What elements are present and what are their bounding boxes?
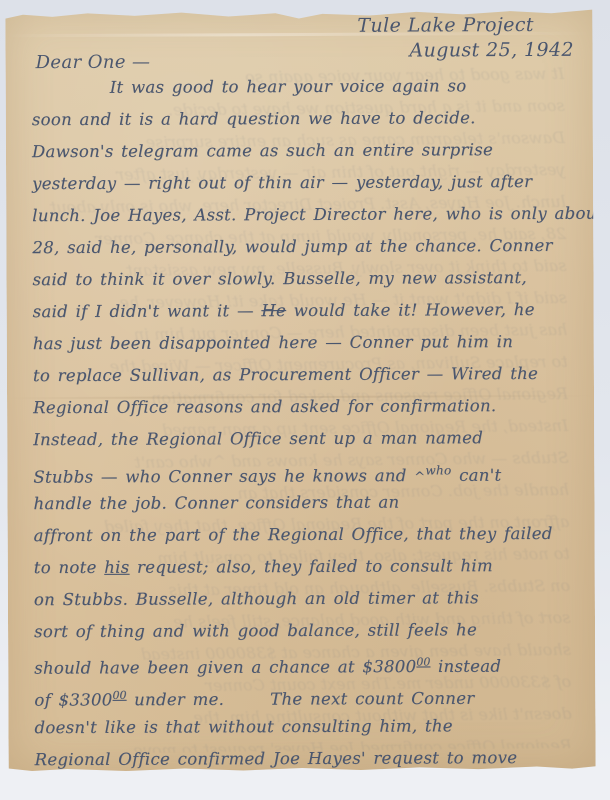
scan-backdrop: It was good to hear your voice again sos… — [0, 0, 610, 800]
letter-line: 28, said he, personally, would jump at t… — [32, 230, 577, 264]
letter-line: doesn't like is that without consulting … — [34, 710, 579, 744]
letter-line: Stubbs — who Conner says he knows and ^w… — [33, 454, 578, 488]
letter-line: Regional Office reasons and asked for co… — [33, 390, 578, 424]
letter-line: Dawson's telegram came as such an entire… — [32, 134, 577, 168]
salutation: Dear One — — [36, 52, 151, 74]
letter-line: affront on the part of the Regional Offi… — [34, 518, 579, 552]
letter-line: handle the job. Conner considers that an — [33, 486, 578, 520]
letter-body: It was good to hear your voice again sos… — [32, 70, 580, 776]
letter-line: yesterday — right out of thin air — yest… — [32, 166, 577, 200]
letter-line: to note his request; also, they failed t… — [34, 550, 579, 584]
letter-line: Instead, the Regional Office sent up a m… — [33, 422, 578, 456]
letter-line: to replace Sullivan, as Procurement Offi… — [33, 358, 578, 392]
letter-line: said to think it over slowly. Busselle, … — [32, 262, 577, 296]
letter-line: should have been given a chance at $3800… — [34, 646, 579, 680]
letter-line: on Stubbs. Busselle, although an old tim… — [34, 582, 579, 616]
letter-line: said if I didn't want it — He would take… — [33, 294, 578, 328]
letter-line: Regional Office confirmed Joe Hayes' req… — [35, 742, 580, 776]
letter-heading-place: Tule Lake Project — [357, 14, 534, 37]
letter-paper: It was good to hear your voice again sos… — [5, 8, 595, 773]
letter-line: lunch. Joe Hayes, Asst. Project Director… — [32, 198, 577, 232]
letter-line: soon and it is a hard question we have t… — [32, 102, 577, 136]
letter-line: of $330000 under me.The next count Conne… — [34, 678, 579, 712]
letter-line: sort of thing and with good balance, sti… — [34, 614, 579, 648]
letter-line: It was good to hear your voice again so — [32, 70, 577, 104]
letter-line: has just been disappointed here — Conner… — [33, 326, 578, 360]
letter-heading-date: August 25, 1942 — [409, 39, 574, 62]
